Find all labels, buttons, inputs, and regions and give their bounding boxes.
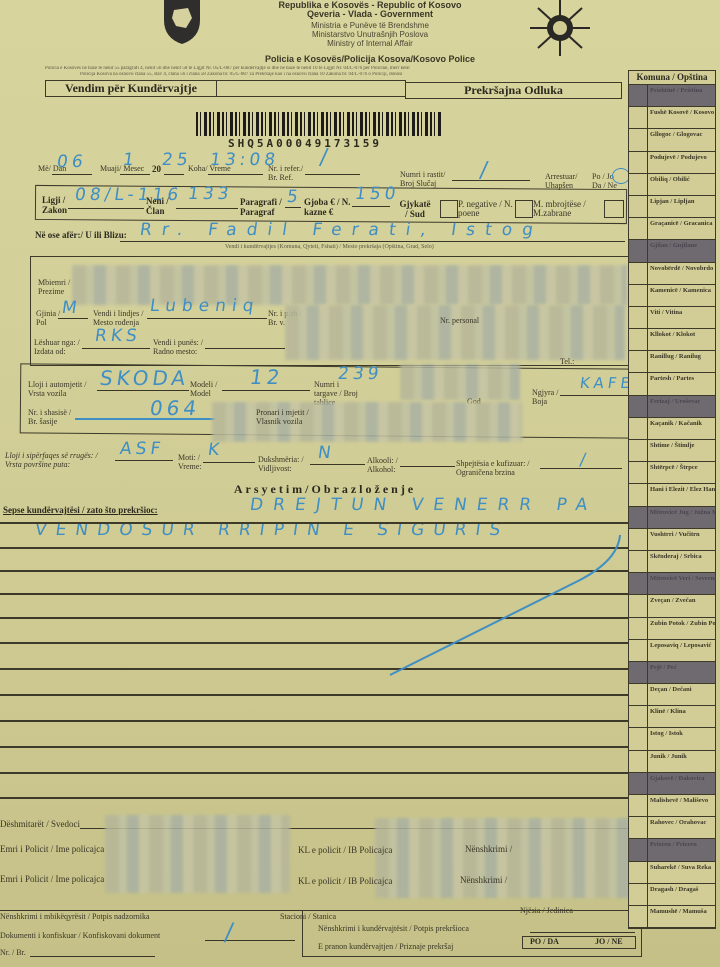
municipality-row[interactable]: Podujevë / Podujevo: [629, 152, 715, 174]
municipality-title: Komuna / Opština: [629, 71, 715, 85]
article-value[interactable]: 133: [187, 184, 234, 204]
municipality-checkbox[interactable]: [629, 440, 648, 461]
protective-measure-checkbox[interactable]: [515, 200, 533, 218]
municipality-name: Obiliq / Obilić: [648, 174, 715, 195]
municipality-checkbox[interactable]: [629, 906, 648, 927]
article-label: Neni / Član: [146, 196, 176, 216]
municipality-row[interactable]: Leposaviq / Leposavić: [629, 640, 715, 662]
municipality-checkbox[interactable]: [629, 573, 648, 594]
municipality-name: Hani i Elezit / Elez Han: [648, 484, 715, 505]
redacted-officers: [375, 818, 645, 898]
municipality-name: Mitrovicë Veri / Severna Mitrovica: [648, 573, 715, 594]
municipality-row[interactable]: Partesh / Partes: [629, 373, 715, 395]
day-value[interactable]: 06: [56, 152, 88, 172]
title-sr: Prekršajna Odluka: [406, 83, 621, 98]
municipality-row[interactable]: Gjakovë / Đakovica: [629, 773, 715, 795]
municipality-checkbox[interactable]: [629, 85, 648, 106]
case-label: Numri i rastit/ Broj Slučaj: [400, 170, 455, 188]
municipality-name: Zubin Potok / Zubin Potok: [648, 618, 715, 639]
personal-no-label-2: Nr. personal: [440, 316, 479, 325]
municipality-checkbox[interactable]: [629, 751, 648, 772]
municipality-name: Dragash / Dragaš: [648, 884, 715, 905]
municipality-name: Graçanicë / Gracanica: [648, 218, 715, 239]
municipality-checkbox[interactable]: [629, 773, 648, 794]
witnesses-label: Dëshmitarët / Svedoci: [0, 820, 80, 829]
municipality-checkbox[interactable]: [629, 684, 648, 705]
arrest-label: Arrestuar/ Uhapšen: [545, 172, 585, 190]
redacted-plate: [400, 364, 520, 400]
municipality-checkbox[interactable]: [629, 240, 648, 261]
municipality-checkbox[interactable]: [629, 462, 648, 483]
municipality-name: Leposaviq / Leposavić: [648, 640, 715, 661]
location-caption: Vendi i kundërvajtjes (Komuna, Qyteti, F…: [225, 244, 434, 250]
municipality-name: Vushtrri / Vučitrn: [648, 529, 715, 550]
municipality-row[interactable]: Istog / Istok: [629, 728, 715, 750]
nr-label: Nr. / Br.: [0, 948, 26, 957]
police-title: Policia e Kosovës/Policija Kosova/Kosovo…: [200, 54, 540, 64]
chassis-value[interactable]: 064: [148, 396, 202, 420]
strike-through-line: [380, 530, 630, 680]
municipality-checkbox[interactable]: [629, 662, 648, 683]
municipality-row[interactable]: Deçan / Dečani: [629, 684, 715, 706]
municipality-checkbox[interactable]: [629, 551, 648, 572]
workplace-label: Vendi i punës: / Radno mesto:: [153, 338, 213, 356]
fine-value[interactable]: 150: [354, 184, 401, 204]
title-sq: Vendim për Kundërvajtje: [46, 81, 216, 96]
municipality-name: Ferizaj / Uroševac: [648, 396, 715, 417]
arrest-options[interactable]: Po / Jo: [592, 172, 614, 181]
owner-label: Pronari i mjetit / Vlasnik vozila: [256, 408, 316, 426]
paragraph-value[interactable]: 5: [286, 187, 304, 207]
kosovo-coat-of-arms-icon: [160, 0, 204, 44]
municipality-checkbox[interactable]: [629, 174, 648, 195]
confiscated-label: Dokumenti i konfiskuar / Konfiskovani do…: [0, 931, 160, 940]
month-value[interactable]: 1: [122, 150, 140, 170]
municipality-checkbox[interactable]: [629, 152, 648, 173]
ref-value[interactable]: /: [318, 145, 333, 170]
municipality-checkbox[interactable]: [629, 263, 648, 284]
municipality-name: Shtërpcë / Štrpce: [648, 462, 715, 483]
municipality-row[interactable]: Viti / Vitina: [629, 307, 715, 329]
municipality-row[interactable]: Mitrovicë Jug / Južna Mitrovica: [629, 507, 715, 529]
municipality-name: Podujevë / Podujevo: [648, 152, 715, 173]
municipality-name: Skënderaj / Srbica: [648, 551, 715, 572]
title-sr-box: Prekršajna Odluka: [405, 82, 622, 99]
issued-label: Lëshuar nga: / Izdata od:: [34, 338, 84, 356]
municipality-checkbox[interactable]: [629, 351, 648, 372]
government-title: Qeveria - Vlada - Government: [220, 9, 520, 19]
municipality-name: Gjakovë / Đakovica: [648, 773, 715, 794]
municipality-name: Zveçan / Zvečan: [648, 595, 715, 616]
municipality-name: Deçan / Dečani: [648, 684, 715, 705]
municipality-name: Kaçanik / Kačanik: [648, 418, 715, 439]
municipality-name: Malishevë / Mališevo: [648, 795, 715, 816]
municipality-name: Prizren / Prizren: [648, 839, 715, 860]
extra-checkbox[interactable]: [604, 200, 624, 218]
municipality-name: Partesh / Partes: [648, 373, 715, 394]
municipality-checkbox[interactable]: [629, 507, 648, 528]
speed-limit-label: Shpejtësia e kufizuar: / Ograničena brzi…: [456, 459, 546, 477]
weather-value[interactable]: K: [207, 440, 225, 460]
municipality-row[interactable]: Vushtrri / Vučitrn: [629, 529, 715, 551]
municipality-name: Rahovec / Orahovac: [648, 817, 715, 838]
municipality-row[interactable]: Junik / Junik: [629, 751, 715, 773]
road-surface-value[interactable]: ASF: [119, 439, 166, 459]
municipality-checkbox[interactable]: [629, 706, 648, 727]
ministry-en: Ministry of Internal Affair: [220, 39, 520, 48]
municipality-name: Kllokot / Klokot: [648, 329, 715, 350]
supervisor-signature-label: Nënshkrimi i mbikëqyrësit / Potpis nadzo…: [0, 912, 150, 921]
municipality-checkbox[interactable]: [629, 373, 648, 394]
municipality-name: Shtime / Štimlje: [648, 440, 715, 461]
municipality-checkbox[interactable]: [629, 307, 648, 328]
color-label: Ngjyra / Boja: [532, 388, 562, 406]
paragraph-label: Paragrafi / Paragraf: [240, 197, 286, 217]
municipality-name: Mitrovicë Jug / Južna Mitrovica: [648, 507, 715, 528]
alcohol-label: Alkooli: / Alkohol:: [367, 456, 407, 474]
gender-value[interactable]: M: [61, 298, 82, 318]
law-label: Ligji / Zakon: [42, 195, 72, 215]
surname-label: Mbiemri / Prezime: [38, 278, 78, 296]
officer-1-id-label: KL e policit / IB Policajca: [298, 846, 392, 855]
birthplace-value[interactable]: Lubeniq: [149, 296, 261, 316]
municipality-row[interactable]: Zveçan / Zvečan: [629, 595, 715, 617]
ref-label: Nr. i refer./ Br. Ref.: [268, 164, 308, 182]
negative-points-label: P. negative / N. poene: [458, 200, 516, 218]
color-value[interactable]: KAFE: [579, 374, 635, 392]
municipality-row[interactable]: Skënderaj / Srbica: [629, 551, 715, 573]
municipality-table: Komuna / Opština Prishtinë / PrištinaFus…: [628, 70, 716, 929]
issued-value[interactable]: RKS: [94, 326, 143, 346]
municipality-checkbox[interactable]: [629, 640, 648, 661]
municipality-row[interactable]: Gjilan / Gnjilane: [629, 240, 715, 262]
municipality-checkbox[interactable]: [629, 129, 648, 150]
municipality-row[interactable]: Mamushë / Mamuša: [629, 906, 715, 928]
municipality-checkbox[interactable]: [629, 418, 648, 439]
municipality-name: Novobërdë / Novobrdo: [648, 263, 715, 284]
reasoning-line-1[interactable]: DREJTUN VENERR PA: [249, 495, 599, 515]
municipality-checkbox[interactable]: [629, 396, 648, 417]
admit-yes[interactable]: PO / DA: [530, 937, 559, 947]
municipality-name: Lipjan / Lipljan: [648, 196, 715, 217]
municipality-name: Pejë / Peć: [648, 662, 715, 683]
officer-2-name-label: Emri i Policit / Ime policajca: [0, 875, 104, 884]
municipality-row[interactable]: Suharekë / Suva Reka: [629, 862, 715, 884]
speed-limit-value[interactable]: /: [579, 450, 592, 470]
kosovo-police-badge-icon: [530, 0, 590, 56]
municipality-row[interactable]: Kamenicë / Kamenica: [629, 285, 715, 307]
municipality-row[interactable]: Gllogoc / Glogovac: [629, 129, 715, 151]
admit-no[interactable]: JO / NE: [595, 937, 623, 947]
visibility-label: Dukshmëria: / Vidljivost:: [258, 455, 313, 473]
road-surface-label: Lloji i sipërfaqes së rrugës: / Vrsta po…: [5, 451, 115, 469]
municipality-checkbox[interactable]: [629, 107, 648, 128]
municipality-row[interactable]: Novobërdë / Novobrdo: [629, 263, 715, 285]
municipality-row[interactable]: Mitrovicë Veri / Severna Mitrovica: [629, 573, 715, 595]
municipality-row[interactable]: Hani i Elezit / Elez Han: [629, 484, 715, 506]
municipality-name: Prishtinë / Priština: [648, 85, 715, 106]
municipality-row[interactable]: Fushë Kosovë / Kosovo Polje: [629, 107, 715, 129]
admit-label: E pranon kundërvajtjen / Priznaje prekrš…: [318, 942, 453, 951]
location-value[interactable]: Rr. Fadil Ferati, Istog: [139, 220, 545, 240]
municipality-name: Viti / Vitina: [648, 307, 715, 328]
model-value[interactable]: 12: [248, 365, 285, 389]
title-sq-box: Vendim për Kundërvajtje: [45, 80, 217, 97]
municipality-checkbox[interactable]: [629, 795, 648, 816]
municipality-row[interactable]: Shtime / Štimlje: [629, 440, 715, 462]
officer-2-signature-label: Nënshkrimi /: [460, 876, 507, 885]
redacted-personal: [285, 305, 625, 360]
officer-1-name-label: Emri i Policit / Ime policajca: [0, 845, 104, 854]
title-spacer: [217, 80, 406, 97]
municipality-name: Fushë Kosovë / Kosovo Polje: [648, 107, 715, 128]
municipality-checkbox[interactable]: [629, 329, 648, 350]
municipality-checkbox[interactable]: [629, 484, 648, 505]
municipality-row[interactable]: Graçanicë / Gracanica: [629, 218, 715, 240]
ministry-sq: Ministria e Punëve të Brendshme: [220, 21, 520, 30]
confiscated-value[interactable]: /: [223, 918, 239, 946]
birthplace-label: Vendi i lindjes / Mesto rođenja: [93, 309, 153, 327]
negative-points-checkbox[interactable]: [440, 200, 458, 218]
municipality-row[interactable]: Prizren / Prizren: [629, 839, 715, 861]
offender-signature-label: Nënshkrimi i kundërvajtësit / Potpis pre…: [318, 924, 469, 933]
municipality-row[interactable]: Zubin Potok / Zubin Potok: [629, 618, 715, 640]
municipality-checkbox[interactable]: [629, 817, 648, 838]
municipality-name: Gllogoc / Glogovac: [648, 129, 715, 150]
municipality-checkbox[interactable]: [629, 285, 648, 306]
municipality-row[interactable]: Dragash / Dragaš: [629, 884, 715, 906]
municipality-name: Ranillug / Ranilug: [648, 351, 715, 372]
municipality-checkbox[interactable]: [629, 862, 648, 883]
vehicle-type-label: Lloji i automjetit / Vrsta vozila: [28, 380, 98, 398]
location-label: Në ose afër:/ U ili Blizu:: [35, 230, 127, 240]
reasoning-label: Sepse kundërvajtësi / zato što prekršioc…: [3, 505, 158, 515]
municipality-row[interactable]: Prishtinë / Priština: [629, 85, 715, 107]
municipality-row[interactable]: Obiliq / Obilić: [629, 174, 715, 196]
municipality-row[interactable]: Lipjan / Lipljan: [629, 196, 715, 218]
municipality-row[interactable]: Klinë / Klina: [629, 706, 715, 728]
protective-measure-label: M. mbrojtëse / M.zabrane: [533, 200, 603, 218]
municipality-name: Kamenicë / Kamenica: [648, 285, 715, 306]
vehicle-type-value[interactable]: SKODA: [98, 366, 191, 390]
redacted-witnesses: [105, 815, 290, 893]
ministry-sr: Ministarstvo Unutrašnjih Poslova: [220, 30, 520, 39]
municipality-name: Klinë / Klina: [648, 706, 715, 727]
municipality-name: Gjilan / Gnjilane: [648, 240, 715, 261]
municipality-name: Mamushë / Mamuša: [648, 906, 715, 927]
municipality-row[interactable]: Malishevë / Mališevo: [629, 795, 715, 817]
legal-basis-sr: Policija Kosova na osnovu člana 55, stav…: [80, 72, 625, 78]
municipality-name: Suharekë / Suva Reka: [648, 862, 715, 883]
municipality-checkbox[interactable]: [629, 196, 648, 217]
offense-decision-form: Republika e Kosovës - Republic of Kosovo…: [0, 0, 720, 967]
municipality-checkbox[interactable]: [629, 728, 648, 749]
municipality-checkbox[interactable]: [629, 618, 648, 639]
municipality-name: Istog / Istok: [648, 728, 715, 749]
visibility-value[interactable]: N: [317, 443, 337, 463]
chassis-label: Nr. i shasisë / Br. šasije: [28, 408, 78, 426]
municipality-row[interactable]: Ranillug / Ranilug: [629, 351, 715, 373]
municipality-row[interactable]: Pejë / Peć: [629, 662, 715, 684]
barcode-number: SHQ5A00049173159: [228, 137, 382, 150]
officer-1-signature-label: Nënshkrimi /: [465, 845, 512, 854]
barcode: [196, 112, 441, 136]
plate-value[interactable]: 239: [337, 364, 384, 384]
municipality-row[interactable]: Kaçanik / Kačanik: [629, 418, 715, 440]
phone-label: Tel.:: [560, 357, 574, 366]
municipality-checkbox[interactable]: [629, 218, 648, 239]
municipality-row[interactable]: Kllokot / Klokot: [629, 329, 715, 351]
municipality-row[interactable]: Ferizaj / Uroševac: [629, 396, 715, 418]
municipality-row[interactable]: Shtërpcë / Štrpce: [629, 462, 715, 484]
municipality-name: Junik / Junik: [648, 751, 715, 772]
municipality-row[interactable]: Rahovec / Orahovac: [629, 817, 715, 839]
court-label: Gjykatë / Sud: [398, 199, 432, 219]
municipality-checkbox[interactable]: [629, 595, 648, 616]
municipality-checkbox[interactable]: [629, 839, 648, 860]
municipality-checkbox[interactable]: [629, 529, 648, 550]
municipality-checkbox[interactable]: [629, 884, 648, 905]
officer-2-id-label: KL e policit / IB Policajca: [298, 877, 392, 886]
